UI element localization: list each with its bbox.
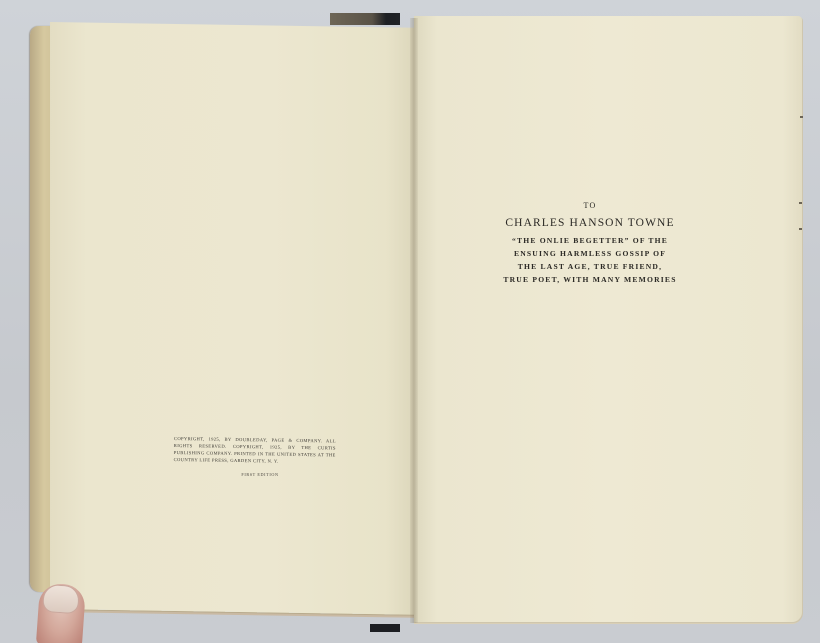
book-gutter — [410, 18, 418, 623]
dedication-line: ENSUING HARMLESS GOSSIP OF — [495, 247, 685, 260]
dedication-line: THE LAST AGE, TRUE FRIEND, — [495, 260, 685, 273]
copyright-notice: Copyright, 1925, by Doubleday, Page & Co… — [174, 435, 336, 466]
right-page — [414, 16, 802, 622]
book-headband — [330, 13, 400, 25]
dedication-line: TRUE POET, WITH MANY MEMORIES — [495, 273, 685, 286]
dedication-line: “THE ONLIE BEGETTER” OF THE — [495, 234, 685, 247]
dedicatee-name: CHARLES HANSON TOWNE — [495, 216, 685, 231]
edition-label: First Edition — [230, 472, 290, 477]
thumbnail — [43, 585, 79, 613]
deckle-edge-mark — [799, 202, 802, 204]
deckle-edge-mark — [800, 116, 803, 118]
dedication-block: TO CHARLES HANSON TOWNE “THE ONLIE BEGET… — [495, 200, 685, 286]
dedication-to: TO — [495, 200, 685, 212]
left-page — [50, 22, 415, 615]
book-tailband — [370, 624, 400, 632]
deckle-edge-mark — [799, 228, 802, 230]
